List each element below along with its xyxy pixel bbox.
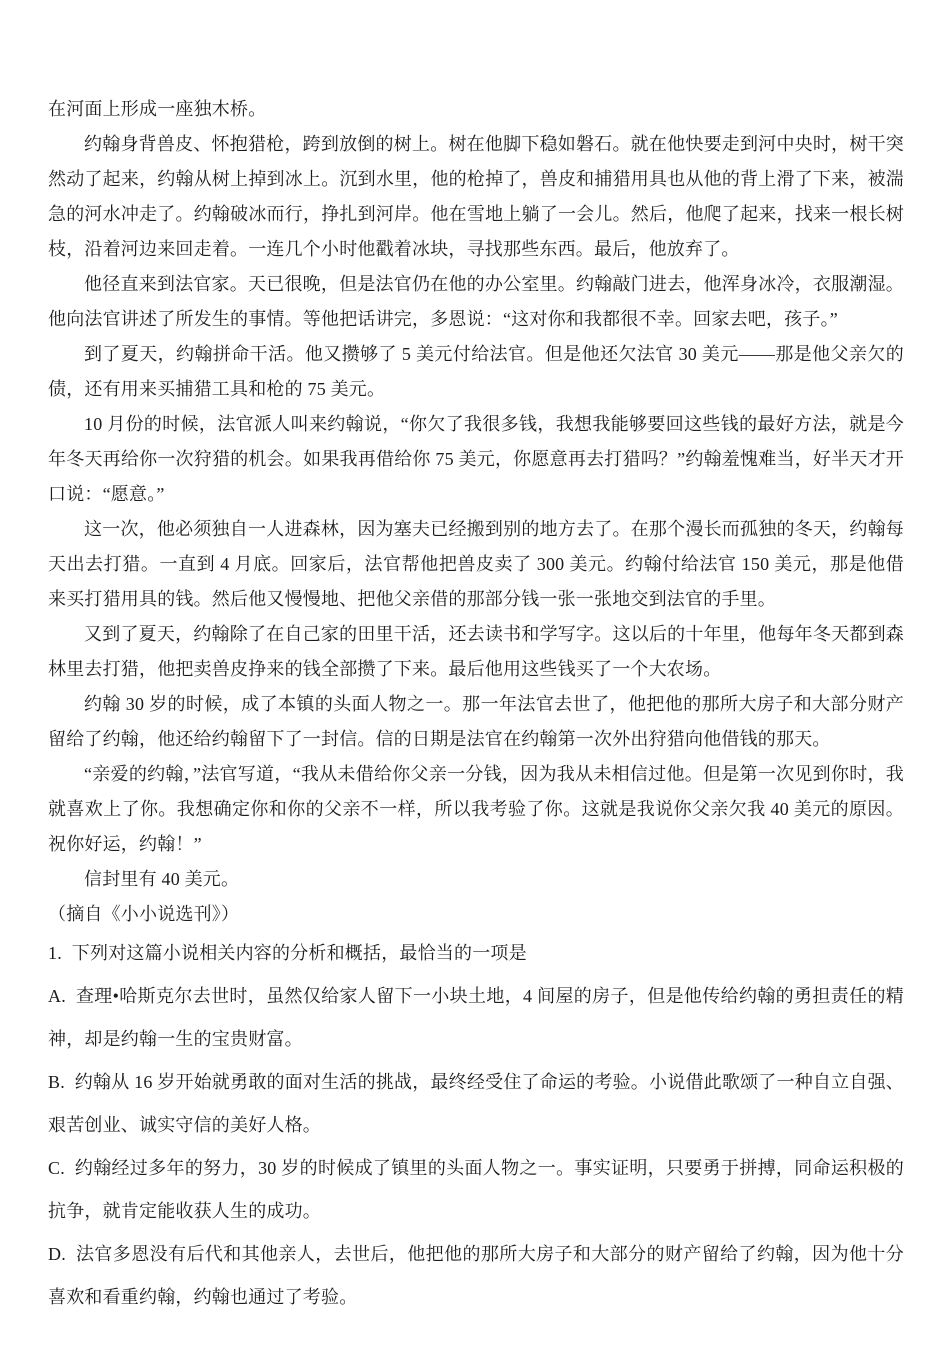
passage-paragraph: 到了夏天，约翰拼命干活。他又攒够了 5 美元付给法官。但是他还欠法官 30 美元… (48, 337, 904, 407)
passage-paragraph: 约翰身背兽皮、怀抱猎枪，跨到放倒的树上。树在他脚下稳如磐石。就在他快要走到河中央… (48, 127, 904, 267)
option-c-text: 约翰经过多年的努力，30 岁的时候成了镇里的头面人物之一。事实证明，只要勇于拼搏… (48, 1158, 904, 1221)
passage-paragraph: 这一次，他必须独自一人进森林，因为塞夫已经搬到别的地方去了。在那个漫长而孤独的冬… (48, 512, 904, 617)
option-a: A.查理•哈斯克尔去世时，虽然仅给家人留下一小块土地，4 间屋的房子，但是他传给… (48, 975, 904, 1061)
question-stem: 下列对这篇小说相关内容的分析和概括，最恰当的一项是 (72, 943, 527, 963)
reading-passage: 在河面上形成一座独木桥。 约翰身背兽皮、怀抱猎枪，跨到放倒的树上。树在他脚下稳如… (48, 92, 904, 932)
option-b-label: B. (48, 1072, 65, 1092)
option-c-label: C. (48, 1158, 65, 1178)
option-d-text: 法官多恩没有后代和其他亲人，去世后，他把他的那所大房子和大部分的财产留给了约翰，… (48, 1244, 904, 1307)
option-d-label: D. (48, 1244, 66, 1264)
passage-paragraph: 又到了夏天，约翰除了在自己家的田里干活，还去读书和学写字。这以后的十年里，他每年… (48, 617, 904, 687)
passage-paragraph: 在河面上形成一座独木桥。 (48, 92, 904, 127)
passage-paragraph: 10 月份的时候，法官派人叫来约翰说，“你欠了我很多钱，我想我能够要回这些钱的最… (48, 407, 904, 512)
option-b-text: 约翰从 16 岁开始就勇敢的面对生活的挑战，最终经受住了命运的考验。小说借此歌颂… (48, 1072, 904, 1135)
question-number: 1. (48, 943, 62, 963)
question-stem-row: 1.下列对这篇小说相关内容的分析和概括，最恰当的一项是 (48, 932, 904, 975)
option-c: C.约翰经过多年的努力，30 岁的时候成了镇里的头面人物之一。事实证明，只要勇于… (48, 1147, 904, 1233)
passage-paragraph: 约翰 30 岁的时候，成了本镇的头面人物之一。那一年法官去世了，他把他的那所大房… (48, 687, 904, 757)
option-d: D.法官多恩没有后代和其他亲人，去世后，他把他的那所大房子和大部分的财产留给了约… (48, 1233, 904, 1319)
option-a-text: 查理•哈斯克尔去世时，虽然仅给家人留下一小块土地，4 间屋的房子，但是他传给约翰… (48, 986, 904, 1049)
option-b: B.约翰从 16 岁开始就勇敢的面对生活的挑战，最终经受住了命运的考验。小说借此… (48, 1061, 904, 1147)
source-attribution: （摘自《小小说选刊》） (48, 897, 904, 932)
passage-paragraph: 他径直来到法官家。天已很晚，但是法官仍在他的办公室里。约翰敲门进去，他浑身冰冷，… (48, 267, 904, 337)
option-a-label: A. (48, 986, 66, 1006)
exam-document-page: 在河面上形成一座独木桥。 约翰身背兽皮、怀抱猎枪，跨到放倒的树上。树在他脚下稳如… (0, 0, 950, 1359)
question-1: 1.下列对这篇小说相关内容的分析和概括，最恰当的一项是 A.查理•哈斯克尔去世时… (48, 932, 904, 1319)
passage-paragraph: 信封里有 40 美元。 (48, 862, 904, 897)
passage-paragraph: “亲爱的约翰，”法官写道，“我从未借给你父亲一分钱，因为我从未相信过他。但是第一… (48, 757, 904, 862)
